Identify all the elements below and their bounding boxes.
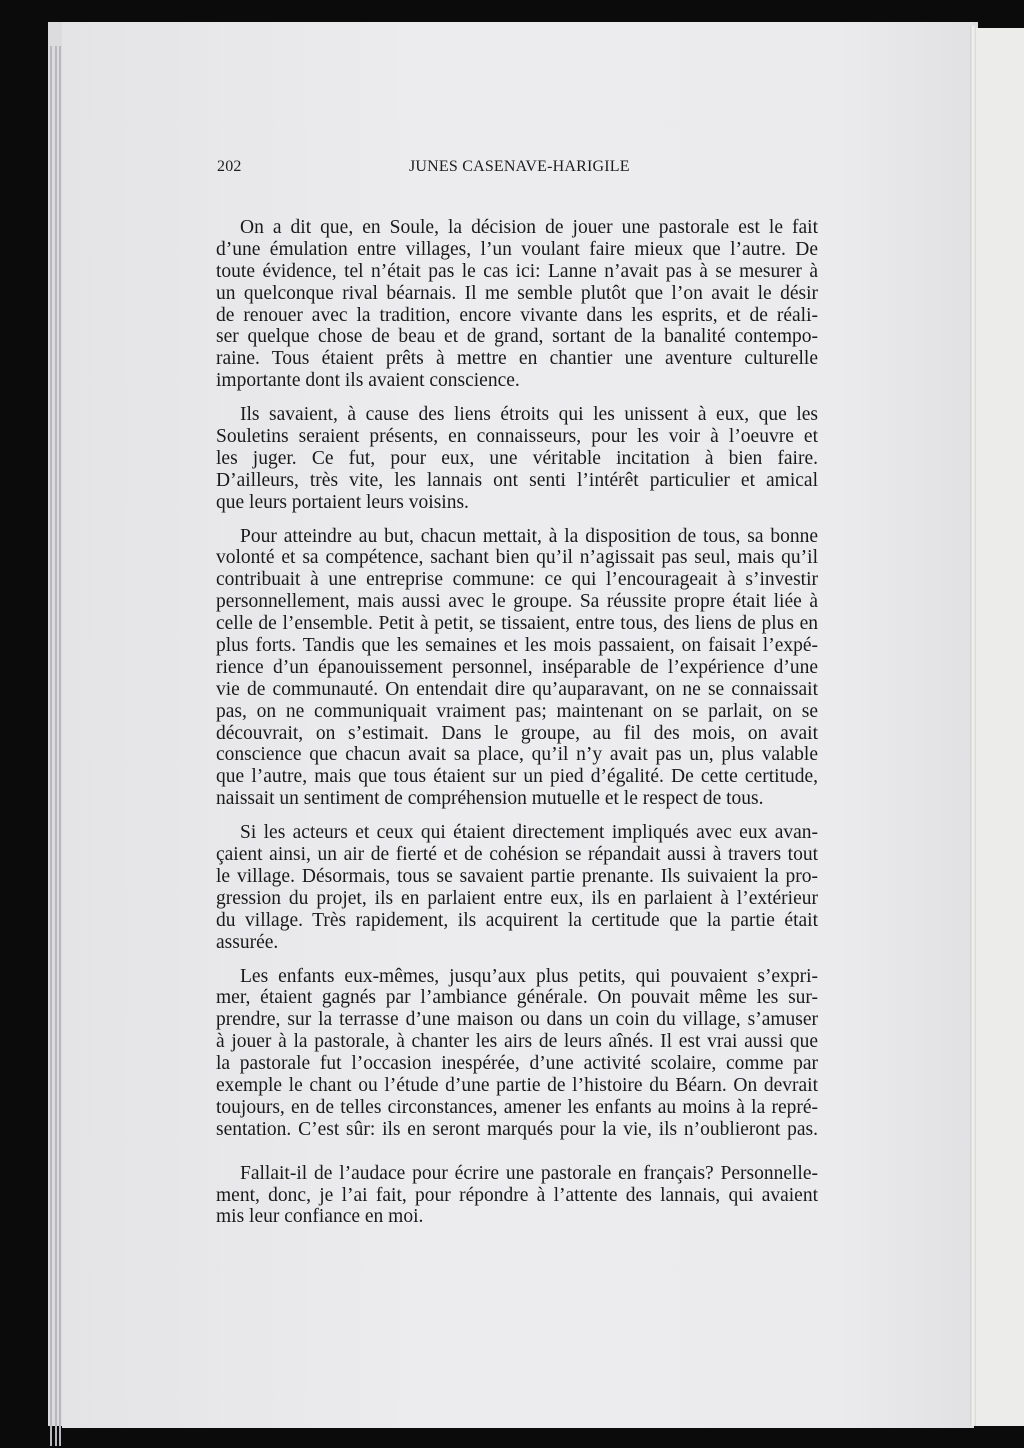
text-line: que leurs portaient leurs voisins. xyxy=(216,492,818,514)
text-line: importante dont ils avaient conscience. xyxy=(216,370,818,392)
text-line: la pastorale fut l’occasion inespérée, d… xyxy=(216,1053,818,1075)
text-line: exemple le chant ou l’étude d’une partie… xyxy=(216,1075,818,1097)
page-edge xyxy=(50,46,52,1446)
text-line: personnellement, mais aussi avec le grou… xyxy=(216,591,818,613)
text-line: ser quelque chose de beau et de grand, s… xyxy=(216,326,818,348)
text-line: toute évidence, tel n’était pas le cas i… xyxy=(216,261,818,283)
text-line: naissait un sentiment de compréhension m… xyxy=(216,788,818,810)
text-line: volonté et sa compétence, sachant bien q… xyxy=(216,547,818,569)
text-line: çaient ainsi, un air de fierté et de coh… xyxy=(216,844,818,866)
text-line: Souletins seraient présents, en connaiss… xyxy=(216,426,818,448)
text-line: toujours, en de telles circonstances, am… xyxy=(216,1097,818,1119)
paragraph: Fallait-il de l’audace pour écrire une p… xyxy=(216,1163,818,1229)
text-line: d’une émulation entre villages, l’un vou… xyxy=(216,239,818,261)
text-line: rience d’un épanouissement personnel, in… xyxy=(216,657,818,679)
text-line: vie de communauté. On entendait dire qu’… xyxy=(216,679,818,701)
text-line: découvrait, on s’estimait. Dans le group… xyxy=(216,723,818,745)
text-line: gression du projet, ils en parlaient ent… xyxy=(216,888,818,910)
text-line: ment, donc, je l’ai fait, pour répondre … xyxy=(216,1185,818,1207)
page-edge xyxy=(55,46,57,1446)
text-line: Les enfants eux-mêmes, jusqu’aux plus pe… xyxy=(216,966,818,988)
body-text: On a dit que, en Soule, la décision de j… xyxy=(216,217,818,1240)
text-line: pas, on ne communiquait vraiment pas; ma… xyxy=(216,701,818,723)
paragraph: On a dit que, en Soule, la décision de j… xyxy=(216,217,818,392)
page-number: 202 xyxy=(217,158,242,176)
paragraph: Si les acteurs et ceux qui étaient direc… xyxy=(216,822,818,953)
text-line: un quelconque rival béarnais. Il me semb… xyxy=(216,283,818,305)
text-line: Si les acteurs et ceux qui étaient direc… xyxy=(216,822,818,844)
paragraph: Ils savaient, à cause des liens étroits … xyxy=(216,404,818,513)
paragraph: Les enfants eux-mêmes, jusqu’aux plus pe… xyxy=(216,966,818,1141)
text-line: plus forts. Tandis que les semaines et l… xyxy=(216,635,818,657)
text-line: Fallait-il de l’audace pour écrire une p… xyxy=(216,1163,818,1185)
page-header: 202 JUNES CASENAVE-HARIGILE xyxy=(217,158,817,182)
text-line: les juger. Ce fut, pour eux, une véritab… xyxy=(216,448,818,470)
text-line: celle de l’ensemble. Petit à petit, se t… xyxy=(216,613,818,635)
text-line: raine. Tous étaient prêts à mettre en ch… xyxy=(216,348,818,370)
text-line: Ils savaient, à cause des liens étroits … xyxy=(216,404,818,426)
text-line: à jouer à la pastorale, à chanter les ai… xyxy=(216,1031,818,1053)
text-line: mis leur confiance en moi. xyxy=(216,1206,818,1228)
text-line: du village. Très rapidement, ils acquire… xyxy=(216,910,818,932)
text-line: On a dit que, en Soule, la décision de j… xyxy=(216,217,818,239)
text-line: contribuait à une entreprise commune: ce… xyxy=(216,569,818,591)
text-line: Pour atteindre au but, chacun mettait, à… xyxy=(216,526,818,548)
text-line: assurée. xyxy=(216,932,818,954)
text-line: le village. Désormais, tous se savaient … xyxy=(216,866,818,888)
text-line: mer, étaient gagnés par l’ambiance génér… xyxy=(216,987,818,1009)
text-line: prendre, sur la terrasse d’une maison ou… xyxy=(216,1009,818,1031)
text-line: que l’autre, mais que tous étaient sur u… xyxy=(216,766,818,788)
page-edge xyxy=(59,46,61,1446)
paragraph: Pour atteindre au but, chacun mettait, à… xyxy=(216,526,818,811)
running-head: JUNES CASENAVE-HARIGILE xyxy=(409,158,630,176)
facing-page xyxy=(976,28,1024,1426)
text-line: conscience que chacun avait sa place, qu… xyxy=(216,744,818,766)
text-line: D’ailleurs, très vite, les lannais ont s… xyxy=(216,470,818,492)
text-line: de renouer avec la tradition, encore viv… xyxy=(216,305,818,327)
text-line: sentation. C’est sûr: ils en seront marq… xyxy=(216,1119,818,1141)
